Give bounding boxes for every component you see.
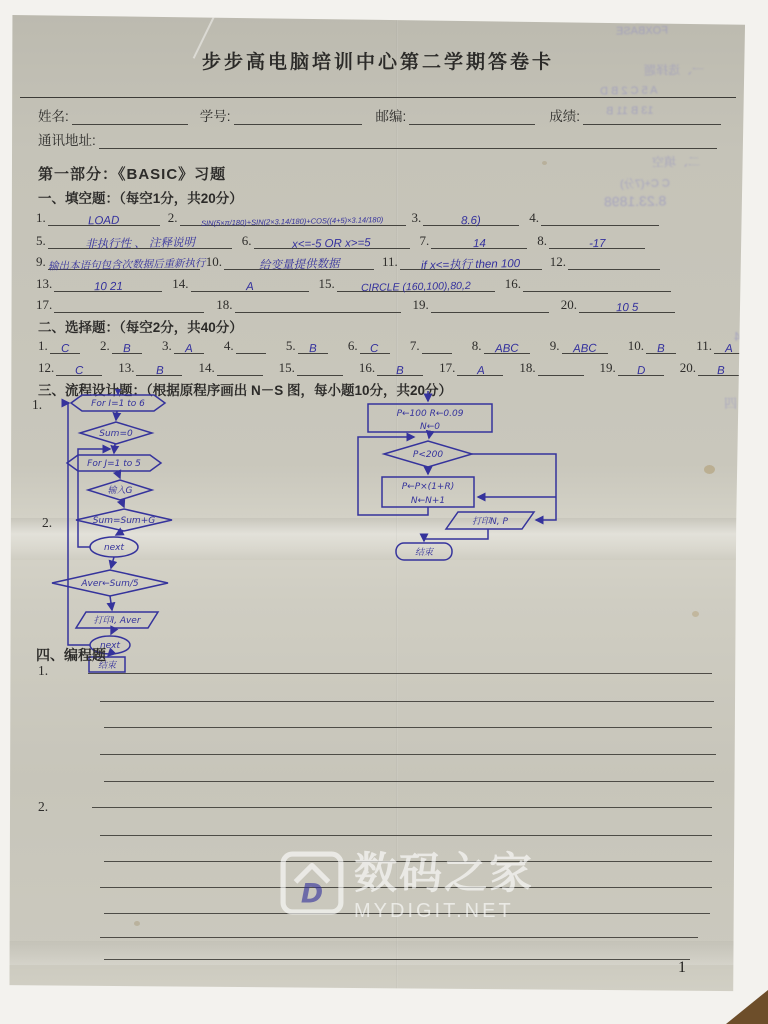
question-number: 9. <box>36 254 46 270</box>
question-number: 20. <box>680 360 696 376</box>
paper-stain <box>692 611 699 617</box>
answer-blank: 给变量提供数据 <box>224 253 374 270</box>
postcode-label: 邮编: <box>376 105 407 125</box>
flow-node-label: 打印N, P <box>472 516 508 527</box>
question-number: 14. <box>172 276 188 292</box>
question-number: 9. <box>550 338 560 354</box>
handwritten-answer: B <box>657 343 665 355</box>
handwritten-answer: B <box>309 343 317 355</box>
question-number: 15. <box>319 276 335 292</box>
question-number: 6. <box>242 233 252 249</box>
answer-blank: A <box>174 337 204 354</box>
paper-stain <box>542 161 547 165</box>
answer-blank <box>54 296 204 313</box>
handwritten-answer: 10 21 <box>94 281 123 294</box>
score-blank <box>583 108 721 125</box>
handwritten-answer: CIRCLE (160,100),80,2 <box>361 280 471 294</box>
fill-in-row: 5. 非执行性 、 注释说明 6. x<=-5 OR x>=5 7. 14 8.… <box>36 232 744 249</box>
ruled-line <box>100 701 714 702</box>
handwritten-answer: D <box>637 365 646 377</box>
answer-blank: 非执行性 、 注释说明 <box>48 232 232 249</box>
question-number: 2. <box>168 210 178 226</box>
name-blank <box>72 108 188 125</box>
bleedthrough-text: A 5 C 2 B D <box>600 84 658 97</box>
ruled-line <box>104 727 712 728</box>
answer-blank <box>297 359 343 376</box>
answer-blank: 14 <box>431 232 527 249</box>
flow-q1-label: 1. <box>32 397 42 413</box>
answer-blank: B <box>112 337 142 354</box>
question-number: 13. <box>36 276 52 292</box>
part1-heading: 第一部分：《BASIC》习题 <box>38 163 226 184</box>
page-title: 步步高电脑培训中心第二学期答卷卡 <box>8 47 748 74</box>
handwritten-answer: -17 <box>589 238 606 250</box>
answer-blank: -17 <box>549 232 645 249</box>
answer-blank: B <box>646 337 676 354</box>
handwritten-answer: x<=-5 OR x>=5 <box>292 237 371 251</box>
handwritten-answer: LOAD <box>88 215 120 228</box>
handwritten-answer: C <box>370 343 379 355</box>
flow-node-label: 打印I, Aver <box>93 615 141 626</box>
answer-blank <box>538 359 584 376</box>
programming-q1-label: 1. <box>38 663 48 679</box>
bleedthrough-text: 二、填空 <box>652 153 700 171</box>
question-number: 11. <box>382 254 398 270</box>
flow-node-label: next <box>104 543 125 553</box>
question-number: 15. <box>279 360 295 376</box>
answer-blank <box>217 359 263 376</box>
answer-blank <box>431 296 549 313</box>
flow-node-label: P←100 R←0.09 <box>397 409 464 419</box>
choice-heading: 二、选择题：（每空2分，共40分） <box>38 316 243 336</box>
flow-node-label: Aver←Sum/5 <box>80 579 138 589</box>
ruled-line <box>100 754 716 755</box>
handwritten-answer: C <box>60 343 69 355</box>
flow-node-label: Sum=0 <box>99 429 133 439</box>
question-number: 17. <box>36 297 52 313</box>
answer-blank: A <box>191 275 309 292</box>
answer-blank: A <box>457 359 503 376</box>
answer-blank <box>236 337 266 354</box>
choice-row: 1.C 2.B 3.A 4. 5.B 6.C 7. 8.ABC 9.ABC 10… <box>38 337 744 354</box>
answer-blank: 10 21 <box>54 275 162 292</box>
flow-node-label: P←P×(1+R) <box>402 482 454 492</box>
answer-blank <box>541 209 659 226</box>
mydigit-logo-icon: D <box>280 851 344 915</box>
fill-in-row: 17. 18. 19. 20. 10 5 <box>36 296 744 313</box>
answer-blank: if x<=执行 then 100 <box>400 253 542 270</box>
fill-in-heading: 一、填空题：（每空1分，共20分） <box>38 187 243 207</box>
answer-blank: C <box>50 337 80 354</box>
handwritten-answer: 非执行性 、 注释说明 <box>85 234 195 252</box>
question-number: 4. <box>224 338 234 354</box>
answer-blank: C <box>360 337 390 354</box>
question-number: 20. <box>561 297 577 313</box>
flow-node-label: For I=1 to 6 <box>91 399 145 409</box>
answer-blank: CIRCLE (160,100),80,2 <box>337 275 495 292</box>
answer-blank: LOAD <box>48 209 160 226</box>
student-id-label: 学号: <box>200 105 231 125</box>
handwritten-answer: SIN(5×π/180)+SIN(2×3.14/180)+COS((4+5)×3… <box>201 215 383 228</box>
handwritten-answer: A <box>476 365 484 377</box>
answer-blank: D <box>618 359 664 376</box>
ruled-line <box>100 937 698 938</box>
paper-fold <box>8 941 748 965</box>
paper-stain <box>704 465 715 474</box>
handwritten-answer: 10 5 <box>616 302 639 314</box>
question-number: 18. <box>519 360 535 376</box>
answer-blank: ABC <box>562 337 608 354</box>
address-row: 通讯地址: <box>38 129 738 149</box>
divider-line <box>20 97 736 98</box>
fill-in-row: 9. 输出本语句包含次数据后重新执行 10. 给变量提供数据 11. if x<… <box>36 253 744 270</box>
answer-blank <box>568 253 660 270</box>
handwritten-answer: ABC <box>495 343 519 355</box>
bleedthrough-text: FOXBASE <box>616 25 668 38</box>
fill-in-row: 13. 10 21 14. A 15. CIRCLE (160,100),80,… <box>36 275 744 292</box>
score-label: 成绩: <box>549 105 580 125</box>
answer-blank: SIN(5×π/180)+SIN(2×3.14/180)+COS((4+5)×3… <box>180 209 406 226</box>
answer-blank <box>235 296 401 313</box>
question-number: 12. <box>38 360 54 376</box>
handwritten-answer: 8.6) <box>461 215 481 227</box>
handwritten-answer: A <box>725 343 733 355</box>
handwritten-answer: C <box>75 365 84 377</box>
answer-sheet-paper: FOXBASE 一、选择题 A 5 C 2 B D 13 B 11 B 二、填空… <box>8 13 748 995</box>
answer-blank: ABC <box>484 337 530 354</box>
watermark: D 数码之家 MYDIGIT.NET <box>280 851 534 923</box>
flow-node-label: P<200 <box>413 450 443 460</box>
answer-blank: x<=-5 OR x>=5 <box>254 232 410 249</box>
flow-node-label: For J=1 to 5 <box>87 459 141 469</box>
question-number: 12. <box>550 254 566 270</box>
answer-blank: B <box>377 359 423 376</box>
answer-blank: A <box>714 337 744 354</box>
address-label: 通讯地址: <box>38 129 96 149</box>
hand-drawn-flowcharts: For I=1 to 6 Sum=0 For J=1 to 5 输入G Sum=… <box>44 389 589 691</box>
answer-blank: B <box>298 337 328 354</box>
flow-node-label: N←N+1 <box>411 496 445 506</box>
address-blank <box>99 132 717 149</box>
handwritten-answer: 给变量提供数据 <box>259 255 340 273</box>
question-number: 16. <box>359 360 375 376</box>
handwritten-answer: if x<=执行 then 100 <box>421 255 520 273</box>
table-corner <box>726 990 768 1024</box>
question-number: 14. <box>198 360 214 376</box>
answer-blank: C <box>56 359 102 376</box>
question-number: 18. <box>216 297 232 313</box>
answer-blank: B <box>136 359 182 376</box>
question-number: 6. <box>348 338 358 354</box>
question-number: 3. <box>162 338 172 354</box>
question-number: 1. <box>38 338 48 354</box>
choice-row: 12.C 13.B 14. 15. 16.B 17.A 18. 19.D 20.… <box>38 359 744 376</box>
question-number: 8. <box>472 338 482 354</box>
page-number: 1 <box>678 959 686 977</box>
handwritten-answer: ABC <box>573 343 597 355</box>
ruled-line <box>104 959 690 960</box>
logo-letter: D <box>301 879 323 910</box>
question-number: 4. <box>529 210 539 226</box>
question-number: 10. <box>206 254 222 270</box>
handwritten-answer: 输出本语句包含次数据后重新执行 <box>48 255 206 273</box>
question-number: 8. <box>537 233 547 249</box>
handwritten-answer: B <box>717 365 725 377</box>
flow-node-label: 结束 <box>415 547 435 558</box>
bleedthrough-text: 8.23.1898 <box>604 192 667 209</box>
flow-node-label: Sum=Sum+G <box>93 516 155 526</box>
question-number: 5. <box>36 233 46 249</box>
flow-node-label: N←0 <box>420 422 440 432</box>
question-number: 19. <box>413 297 429 313</box>
watermark-en-text: MYDIGIT.NET <box>354 900 534 923</box>
bleedthrough-text: 四 <box>724 393 737 412</box>
bleedthrough-text: C C+(7分) <box>620 175 670 192</box>
flow-node-label: 输入G <box>108 485 133 496</box>
question-number: 2. <box>100 338 110 354</box>
name-label: 姓名: <box>38 105 69 125</box>
answer-blank: 8.6) <box>423 209 519 226</box>
watermark-cn-text: 数码之家 <box>354 851 534 898</box>
question-number: 10. <box>628 338 644 354</box>
answer-blank <box>523 275 671 292</box>
handwritten-answer: A <box>246 281 254 293</box>
question-number: 19. <box>600 360 616 376</box>
handwritten-answer: B <box>156 365 164 377</box>
question-number: 11. <box>696 338 712 354</box>
question-number: 1. <box>36 210 46 226</box>
answer-blank: B <box>698 359 744 376</box>
programming-heading: 四、编程题 <box>36 645 106 665</box>
answer-blank: 10 5 <box>579 296 675 313</box>
ruled-line <box>100 835 712 836</box>
paper-stain <box>134 921 140 926</box>
question-number: 3. <box>412 210 422 226</box>
handwritten-answer: 14 <box>473 238 486 250</box>
ruled-line <box>104 781 714 782</box>
ruled-line <box>88 673 712 674</box>
question-number: 7. <box>410 338 420 354</box>
fill-in-row: 1. LOAD 2. SIN(5×π/180)+SIN(2×3.14/180)+… <box>36 209 744 226</box>
handwritten-answer: B <box>123 343 131 355</box>
answer-blank <box>422 337 452 354</box>
question-number: 13. <box>118 360 134 376</box>
programming-q2-label: 2. <box>38 799 48 815</box>
postcode-blank <box>409 108 535 125</box>
handwritten-answer: B <box>396 365 404 377</box>
question-number: 7. <box>420 233 430 249</box>
student-id-blank <box>234 108 362 125</box>
question-number: 5. <box>286 338 296 354</box>
header-fields-row: 姓名: 学号: 邮编: 成绩: <box>38 105 738 125</box>
answer-blank: 输出本语句包含次数据后重新执行 <box>48 253 200 270</box>
ruled-line <box>92 807 712 808</box>
question-number: 16. <box>505 276 521 292</box>
handwritten-answer: A <box>185 343 193 355</box>
question-number: 17. <box>439 360 455 376</box>
